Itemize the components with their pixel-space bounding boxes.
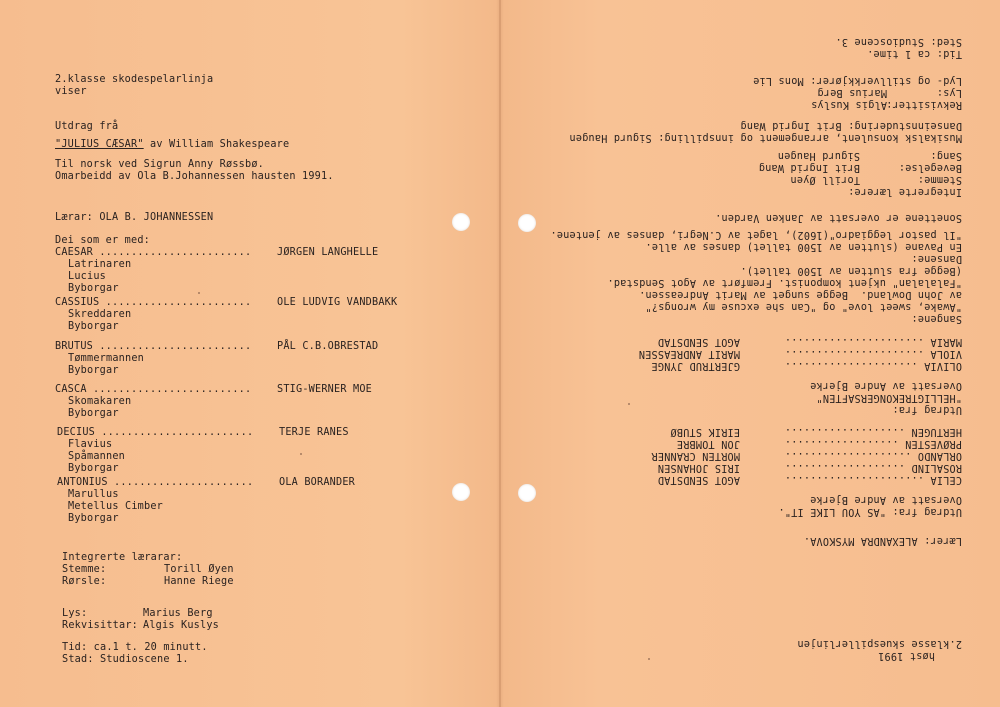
right-dances-heading: Dansene: [911, 252, 962, 264]
right-excerpt1-intro: Utdrag fra: "AS YOU LIKE IT". [778, 505, 962, 517]
cast-role: CASSIUS ....................... [55, 297, 277, 309]
paper-speck [628, 403, 630, 405]
left-time: Tid: ca.1 t. 20 minutt. [62, 642, 208, 654]
paper-speck [648, 658, 650, 660]
cast-actor: GJERTRUD JYNGE [651, 360, 740, 371]
right-crew-row: Lys:Marius Berg [817, 86, 962, 98]
right-excerpt2-title: "HELLIGTREKONGERSAFTEN" [816, 391, 962, 403]
cast-actor: EIRIK STUBØ [670, 426, 740, 437]
cast-actor: PÅL C.B.OBRESTAD [277, 341, 378, 352]
left-teacher: Lærar: OLA B. JOHANNESSEN [55, 212, 213, 224]
cast-extra-role: Byborgar [68, 365, 119, 377]
cast-row: VIOLA ......................MARIT ANDREA… [639, 347, 962, 359]
cast-role: BRUTUS ........................ [55, 341, 277, 353]
cast-extra-role: Skomakaren [68, 396, 131, 408]
cast-role: PRØVESTEN .................. [740, 437, 962, 449]
left-header-line-2: viser [55, 86, 87, 98]
cast-role: MARIA ...................... [740, 335, 962, 347]
cast-row: BRUTUS ........................PÅL C.B.O… [55, 341, 378, 353]
right-dance-instruction: Danseinnstudering: Brit Ingrid Wang [740, 119, 962, 131]
punch-hole [452, 483, 470, 501]
integrated-name: Sigurd Haugen [778, 150, 860, 161]
cast-row: PRØVESTEN ..................JON TOMBRE [677, 437, 962, 449]
cast-actor: AGOT SENDSTAD [658, 336, 740, 347]
right-venue: Sted: Studioscene 3. [835, 35, 962, 47]
cast-actor: OLE LUDVIG VANDBAKK [277, 297, 397, 308]
right-songs-heading: Sangene: [911, 312, 962, 324]
cast-actor: OLA BORANDER [279, 477, 355, 488]
right-integrated-heading: Integrerte lærere: [848, 185, 962, 197]
integrated-name: Brit Ingrid Wang [759, 162, 860, 173]
song-line: "Awake, sweet love" og "Can she excuse m… [645, 300, 962, 312]
cast-actor: JON TOMBRE [677, 438, 740, 449]
paper-speck [198, 292, 200, 294]
cast-row: DECIUS ........................TERJE RAN… [57, 427, 349, 439]
cast-row: ORLANDO ....................MORTEN CRANN… [651, 449, 962, 461]
left-integrated-heading: Integrerte lærarar: [62, 552, 182, 564]
left-header-line-1: 2.klasse skodespelarlinja [55, 74, 213, 86]
left-integrated-row: Stemme:Torill Øyen [62, 564, 234, 576]
integrated-row: Bevegelse:Brit Ingrid Wang [759, 161, 962, 173]
dance-line: En Pavane (slutten av 1500 tallet) danse… [645, 240, 962, 252]
left-title: "JULIUS CÆSAR" av William Shakespeare [55, 139, 289, 151]
integrated-name: Torill Øyen [790, 174, 860, 185]
cast-actor: AGOT SENDSTAD [658, 474, 740, 485]
cast-actor: MORTEN CRANNER [651, 450, 740, 461]
integrated-row: Stemme:Torill Øyen [790, 173, 962, 185]
punch-hole [518, 484, 536, 502]
right-crew-row: Rekvisitter:Algis Kuslys [811, 98, 962, 110]
cast-actor: MARIT ANDREASSEN [639, 348, 740, 359]
cast-extra-role: Tømmermannen [68, 353, 144, 365]
cast-role: ORLANDO .................... [740, 449, 962, 461]
right-excerpt1-translator: Oversatt av Andre Bjerke [810, 493, 962, 505]
right-excerpt2-intro: Utdrag fra: [892, 403, 962, 415]
cast-role: CELIA ...................... [740, 473, 962, 485]
left-crew-row: Rekvisittar:Algis Kuslys [62, 620, 219, 632]
left-crew-row: Lys:Marius Berg [62, 608, 213, 620]
cast-role: CAESAR ........................ [55, 247, 277, 259]
cast-role: HERTUGEN ................... [740, 425, 962, 437]
cast-extra-role: Marullus [68, 489, 119, 501]
cast-actor: IRIS JOHANSEN [658, 462, 740, 473]
cast-role: ROSALIND ................... [740, 461, 962, 473]
right-sound-credit: Lyd- og stillverkkjører: Mons Lie [753, 74, 962, 86]
integrated-label: Stemme: [860, 173, 962, 185]
cast-role: CASCA ......................... [55, 384, 277, 396]
left-venue: Stad: Studioscene 1. [62, 654, 189, 666]
cast-row: CASCA .........................STIG-WERN… [55, 384, 372, 396]
left-adaptation: Omarbeidd av Ola B.Johannessen hausten 1… [55, 171, 334, 183]
integrated-label: Bevegelse: [860, 161, 962, 173]
cast-extra-role: Flavius [68, 439, 112, 451]
play-title: "JULIUS CÆSAR" [55, 139, 144, 150]
right-music-credit: Musikalsk konsulent, arrangement og inns… [569, 131, 962, 143]
cast-role: DECIUS ........................ [57, 427, 279, 439]
left-integrated-row: Rørsle:Hanne Riege [62, 576, 234, 588]
right-excerpt2-translator: Oversatt av Andre Bjerke [810, 379, 962, 391]
cast-role: VIOLA ...................... [740, 347, 962, 359]
song-line: "Falalalan" ukjent komponist. Fremført a… [607, 276, 962, 288]
punch-hole [452, 213, 470, 231]
cast-role: OLIVIA ..................... [740, 359, 962, 371]
right-header-line-2: høst 1991 [878, 649, 935, 661]
left-cast-heading: Dei som er med: [55, 235, 150, 247]
right-header-line-1: 2.klasse skuespillerlinjen [797, 637, 962, 649]
punch-hole [518, 214, 536, 232]
cast-extra-role: Skreddaren [68, 309, 131, 321]
cast-row: ANTONIUS ......................OLA BORAN… [57, 477, 355, 489]
cast-row: CASSIUS .......................OLE LUDVI… [55, 297, 397, 309]
dance-line: "Il pastor leggiadro"(1602), laget av C.… [550, 228, 962, 240]
paper-speck [300, 453, 302, 455]
cast-row: ROSALIND ...................IRIS JOHANSE… [658, 461, 962, 473]
cast-actor: STIG-WERNER MOE [277, 384, 372, 395]
cast-extra-role: Byborgar [68, 463, 119, 475]
play-author: av William Shakespeare [144, 139, 290, 150]
cast-row: CELIA ......................AGOT SENDSTA… [658, 473, 962, 485]
cast-row: OLIVIA .....................GJERTRUD JYN… [651, 359, 962, 371]
cast-extra-role: Byborgar [68, 321, 119, 333]
right-sonnets-note: Sonettene er oversatt av Janken Varden. [715, 211, 962, 223]
cast-role: ANTONIUS ...................... [57, 477, 279, 489]
left-translation: Til norsk ved Sigrun Anny Røssbø. [55, 159, 264, 171]
right-time: Tid: ca 1 time. [867, 47, 962, 59]
cast-row: CAESAR ........................JØRGEN LA… [55, 247, 378, 259]
programme-sheet: 2.klasse skodespelarlinja viser Utdrag f… [0, 0, 1000, 707]
cast-actor: JØRGEN LANGHELLE [277, 247, 378, 258]
cast-extra-role: Metellus Cimber [68, 501, 163, 513]
cast-actor: TERJE RANES [279, 427, 349, 438]
cast-extra-role: Spåmannen [68, 451, 125, 463]
cast-extra-role: Byborgar [68, 408, 119, 420]
cast-extra-role: Byborgar [68, 283, 119, 295]
integrated-label: Sang: [860, 149, 962, 161]
cast-extra-role: Lucius [68, 271, 106, 283]
right-teacher: Lærer: ALEXANDRA MYSKOVA. [804, 534, 962, 546]
right-page-upside-down: 2.klasse skuespillerlinjen høst 1991 Lær… [500, 0, 1000, 707]
cast-row: HERTUGEN ...................EIRIK STUBØ [670, 425, 962, 437]
left-page: 2.klasse skodespelarlinja viser Utdrag f… [0, 0, 500, 707]
song-line: (Begge fra slutten av 1500 tallet). [740, 264, 962, 276]
left-intro: Utdrag frå [55, 121, 118, 133]
cast-extra-role: Byborgar [68, 513, 119, 525]
cast-extra-role: Latrinaren [68, 259, 131, 271]
cast-row: MARIA ......................AGOT SENDSTA… [658, 335, 962, 347]
song-line: av John Dowland. Begge sunget av Marit A… [639, 288, 962, 300]
integrated-row: Sang:Sigurd Haugen [778, 149, 962, 161]
